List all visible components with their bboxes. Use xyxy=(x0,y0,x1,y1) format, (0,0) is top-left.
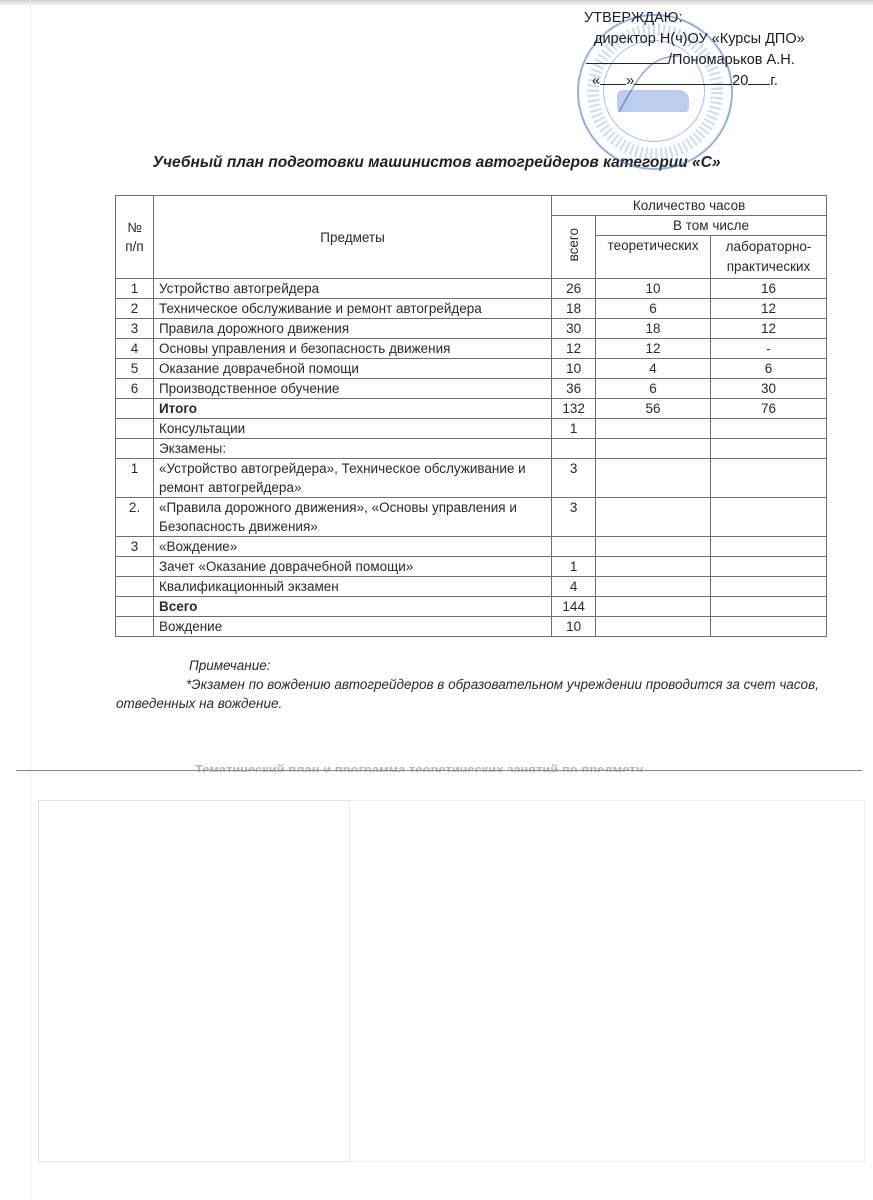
table-row: 3Правила дорожного движения301812 xyxy=(116,319,827,339)
row-num: 1 xyxy=(116,279,154,299)
row-theory-hours xyxy=(596,577,711,597)
date-year-suffix: г. xyxy=(770,73,778,89)
row-practice-hours xyxy=(711,557,827,577)
row-practice-hours xyxy=(711,617,827,637)
row-subject: «Вождение» xyxy=(153,537,551,557)
row-total-hours: 12 xyxy=(552,339,596,359)
row-theory-hours xyxy=(596,557,711,577)
table-row: Всего144 xyxy=(116,597,827,617)
curriculum-table-body: 1Устройство автогрейдера2610162Техническ… xyxy=(116,279,827,637)
header-theoretical: теоретических xyxy=(596,236,711,279)
row-subject: Квалификационный экзамен xyxy=(153,577,551,597)
approval-signature-name: /Пономарьков А.Н. xyxy=(668,52,795,68)
header-lab-practical: лабораторно-практических xyxy=(711,236,827,279)
row-practice-hours: 12 xyxy=(711,319,827,339)
row-theory-hours: 18 xyxy=(596,319,711,339)
approval-block: УТВЕРЖДАЮ: директор Н(ч)ОУ «Курсы ДПО» /… xyxy=(584,8,824,92)
header-subjects: Предметы xyxy=(153,196,551,279)
next-page-edge xyxy=(16,770,862,771)
row-theory-hours xyxy=(596,419,711,439)
approval-date-line: «»20г. xyxy=(584,71,824,92)
row-practice-hours: 12 xyxy=(711,299,827,319)
row-subject: Устройство автогрейдера xyxy=(153,279,551,299)
row-practice-hours xyxy=(711,459,827,498)
row-num xyxy=(116,399,154,419)
row-num: 6 xyxy=(116,379,154,399)
row-subject: Итого xyxy=(153,399,551,419)
row-total-hours xyxy=(552,439,596,459)
note-label: Примечание: xyxy=(116,656,836,675)
row-subject: Зачет «Оказание доврачебной помощи» xyxy=(153,557,551,577)
approval-heading: УТВЕРЖДАЮ: xyxy=(584,8,824,29)
row-theory-hours xyxy=(596,459,711,498)
row-total-hours: 10 xyxy=(552,359,596,379)
row-num xyxy=(116,419,154,439)
row-total-hours: 1 xyxy=(552,557,596,577)
scan-left-edge xyxy=(30,0,31,1200)
row-total-hours: 26 xyxy=(552,279,596,299)
row-theory-hours: 10 xyxy=(596,279,711,299)
table-row: Итого1325676 xyxy=(116,399,827,419)
row-theory-hours: 6 xyxy=(596,379,711,399)
row-num xyxy=(116,597,154,617)
row-subject: Экзамены: xyxy=(153,439,551,459)
row-total-hours: 144 xyxy=(552,597,596,617)
row-total-hours: 3 xyxy=(552,459,596,498)
row-subject: Вождение xyxy=(153,617,551,637)
row-total-hours: 3 xyxy=(552,498,596,537)
row-theory-hours xyxy=(596,597,711,617)
row-practice-hours xyxy=(711,577,827,597)
date-day-blank xyxy=(600,84,626,85)
row-subject: Правила дорожного движения xyxy=(153,319,551,339)
row-total-hours: 30 xyxy=(552,319,596,339)
document-title: Учебный план подготовки машинистов автог… xyxy=(0,154,873,172)
row-subject: «Правила дорожного движения», «Основы уп… xyxy=(153,498,551,537)
date-year-blank xyxy=(748,84,770,85)
row-num: 3 xyxy=(116,537,154,557)
approval-signature-line: /Пономарьков А.Н. xyxy=(584,50,824,71)
row-subject: Техническое обслуживание и ремонт автогр… xyxy=(153,299,551,319)
row-num xyxy=(116,439,154,459)
row-num: 4 xyxy=(116,339,154,359)
date-month-blank xyxy=(634,84,732,85)
table-row: 2.«Правила дорожного движения», «Основы … xyxy=(116,498,827,537)
row-practice-hours: 76 xyxy=(711,399,827,419)
row-practice-hours: 16 xyxy=(711,279,827,299)
signature-blank xyxy=(586,63,668,64)
approval-position: директор Н(ч)ОУ «Курсы ДПО» xyxy=(584,29,824,50)
table-row: Квалификационный экзамен4 xyxy=(116,577,827,597)
row-total-hours: 4 xyxy=(552,577,596,597)
table-row: 4Основы управления и безопасность движен… xyxy=(116,339,827,359)
table-row: 3«Вождение» xyxy=(116,537,827,557)
note-block: Примечание: *Экзамен по вождению автогре… xyxy=(116,656,836,713)
header-total: всего xyxy=(552,216,596,279)
table-row: 5Оказание доврачебной помощи1046 xyxy=(116,359,827,379)
row-total-hours: 18 xyxy=(552,299,596,319)
row-total-hours xyxy=(552,537,596,557)
row-practice-hours xyxy=(711,498,827,537)
row-theory-hours xyxy=(596,617,711,637)
row-practice-hours xyxy=(711,537,827,557)
row-num: 2 xyxy=(116,299,154,319)
table-row: Экзамены: xyxy=(116,439,827,459)
row-total-hours: 1 xyxy=(552,419,596,439)
row-practice-hours: - xyxy=(711,339,827,359)
row-num: 5 xyxy=(116,359,154,379)
row-subject: «Устройство автогрейдера», Техническое о… xyxy=(153,459,551,498)
row-total-hours: 36 xyxy=(552,379,596,399)
header-including: В том числе xyxy=(596,216,827,236)
row-theory-hours: 4 xyxy=(596,359,711,379)
row-theory-hours: 56 xyxy=(596,399,711,419)
row-num xyxy=(116,557,154,577)
row-theory-hours xyxy=(596,439,711,459)
row-num: 2. xyxy=(116,498,154,537)
row-practice-hours xyxy=(711,419,827,439)
row-num xyxy=(116,617,154,637)
date-close-quote: » xyxy=(626,73,634,89)
row-total-hours: 132 xyxy=(552,399,596,419)
header-hours: Количество часов xyxy=(552,196,827,216)
date-open-quote: « xyxy=(592,73,600,89)
row-theory-hours xyxy=(596,498,711,537)
row-theory-hours xyxy=(596,537,711,557)
row-num xyxy=(116,577,154,597)
row-num: 1 xyxy=(116,459,154,498)
row-theory-hours: 6 xyxy=(596,299,711,319)
table-row: Вождение10 xyxy=(116,617,827,637)
date-year-prefix: 20 xyxy=(732,73,748,89)
row-practice-hours xyxy=(711,597,827,617)
header-num-label: №п/п xyxy=(121,218,148,256)
row-practice-hours xyxy=(711,439,827,459)
row-practice-hours: 6 xyxy=(711,359,827,379)
table-row: 1«Устройство автогрейдера», Техническое … xyxy=(116,459,827,498)
row-subject: Консультации xyxy=(153,419,551,439)
table-row: 2Техническое обслуживание и ремонт автог… xyxy=(116,299,827,319)
row-theory-hours: 12 xyxy=(596,339,711,359)
table-row: 6Производственное обучение36630 xyxy=(116,379,827,399)
row-subject: Производственное обучение xyxy=(153,379,551,399)
scan-top-shadow xyxy=(0,0,873,6)
stamp-emblem-icon xyxy=(617,90,689,112)
curriculum-table: №п/п Предметы Количество часов всего В т… xyxy=(115,195,827,637)
table-row: 1Устройство автогрейдера261016 xyxy=(116,279,827,299)
row-num: 3 xyxy=(116,319,154,339)
table-row: Зачет «Оказание доврачебной помощи»1 xyxy=(116,557,827,577)
next-page-ghost-column xyxy=(38,800,350,1162)
table-row: Консультации1 xyxy=(116,419,827,439)
row-subject: Оказание доврачебной помощи xyxy=(153,359,551,379)
row-subject: Основы управления и безопасность движени… xyxy=(153,339,551,359)
row-total-hours: 10 xyxy=(552,617,596,637)
note-text: *Экзамен по вождению автогрейдеров в обр… xyxy=(116,675,836,713)
row-subject: Всего xyxy=(153,597,551,617)
row-practice-hours: 30 xyxy=(711,379,827,399)
header-num: №п/п xyxy=(116,196,154,279)
